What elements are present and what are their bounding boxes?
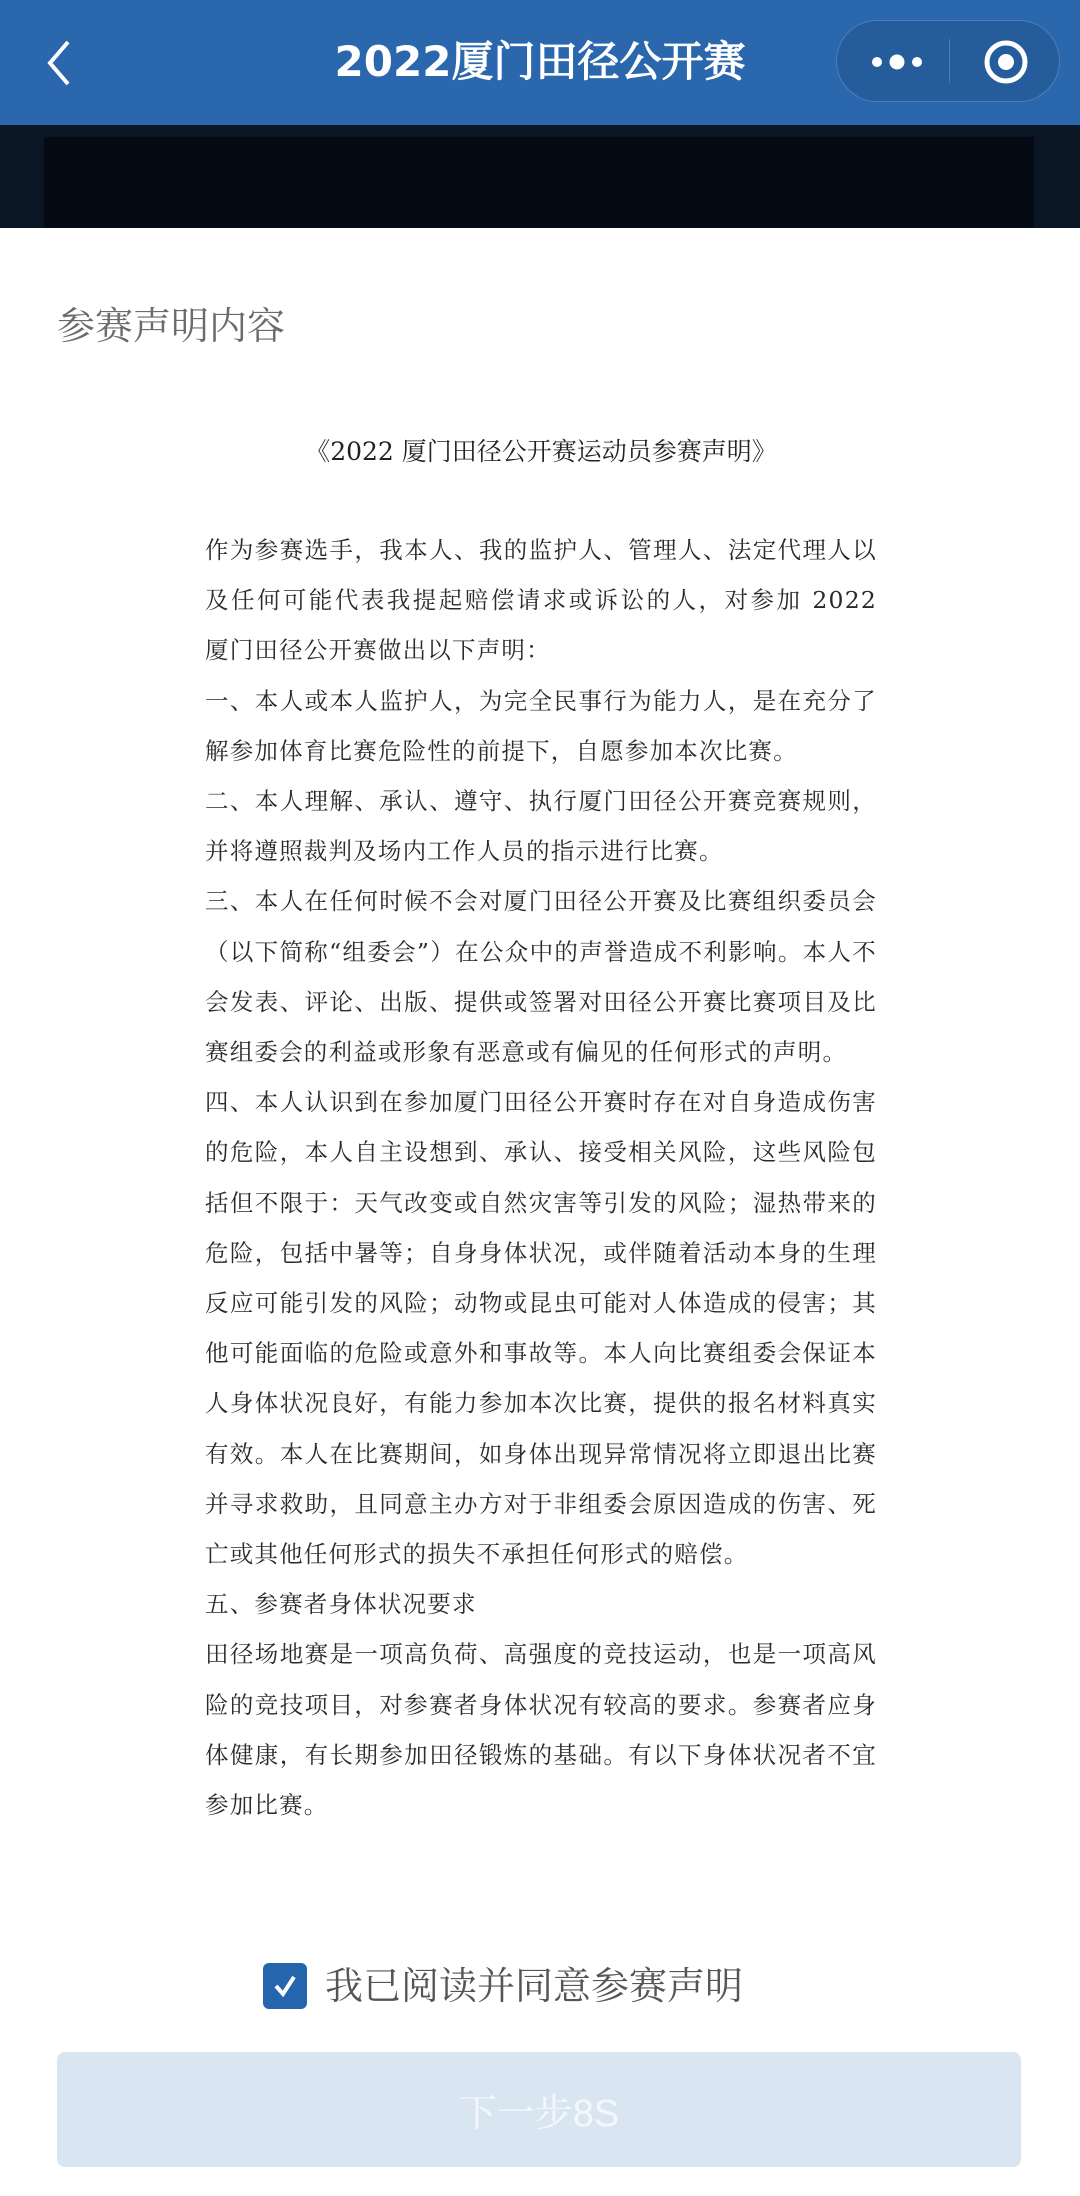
- paragraph-1: 一、本人或本人监护人，为完全民事行为能力人，是在充分了解参加体育比赛危险性的前提…: [205, 676, 877, 776]
- declaration-document[interactable]: 《2022 厦门田径公开赛运动员参赛声明》 作为参赛选手，我本人、我的监护人、管…: [205, 0, 877, 1920]
- agreement-row[interactable]: 我已阅读并同意参赛声明: [263, 1960, 743, 2012]
- close-miniprogram-button[interactable]: [983, 39, 1029, 85]
- more-dots-icon: [869, 49, 925, 75]
- agree-checkbox[interactable]: [263, 1963, 307, 2009]
- capsule-divider: [949, 39, 950, 83]
- target-close-icon: [983, 39, 1029, 85]
- document-title: 《2022 厦门田径公开赛运动员参赛声明》: [205, 430, 877, 474]
- next-step-button[interactable]: 下一步8S: [57, 2052, 1021, 2167]
- more-button[interactable]: [869, 49, 925, 75]
- paragraph-5-heading: 五、参赛者身体状况要求: [205, 1579, 877, 1629]
- agree-label: 我已阅读并同意参赛声明: [325, 1960, 743, 2012]
- checkmark-icon: [271, 1972, 299, 2000]
- paragraph-5: 田径场地赛是一项高负荷、高强度的竞技运动，也是一项高风险的竞技项目，对参赛者身体…: [205, 1629, 877, 1830]
- paragraph-2: 二、本人理解、承认、遵守、执行厦门田径公开赛竞赛规则，并将遵照裁判及场内工作人员…: [205, 776, 877, 876]
- document-body: 作为参赛选手，我本人、我的监护人、管理人、法定代理人以及任何可能代表我提起赔偿请…: [205, 525, 877, 1830]
- paragraph-intro: 作为参赛选手，我本人、我的监护人、管理人、法定代理人以及任何可能代表我提起赔偿请…: [205, 525, 877, 676]
- document-clip-edge: [0, 1895, 1080, 1925]
- paragraph-4: 四、本人认识到在参加厦门田径公开赛时存在对自身造成伤害的危险，本人自主设想到、承…: [205, 1077, 877, 1579]
- paragraph-3: 三、本人在任何时候不会对厦门田径公开赛及比赛组织委员会（以下简称“组委会”）在公…: [205, 876, 877, 1077]
